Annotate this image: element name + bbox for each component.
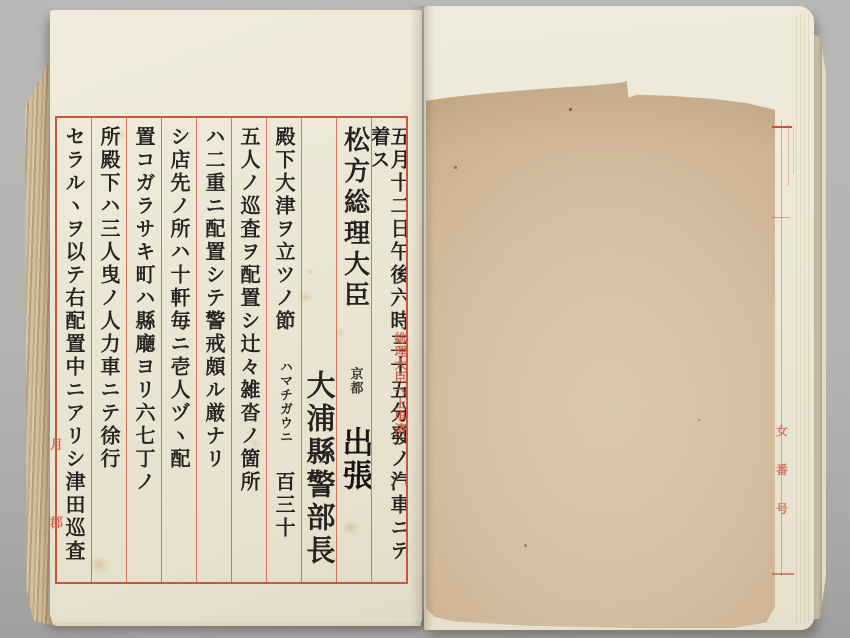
left-page: 五月十二日午後六時三十五分發ノ汽車ニテ着ス 松方総理大臣 京都 出張 大浦縣警部… <box>50 10 422 622</box>
column-4-head: 殿下大津ヲ立ツノ節 <box>272 126 296 333</box>
column-8-text: 置コガラサキ町ハ縣廰ヨリ六七丁ノ <box>134 118 154 582</box>
paper-stain <box>249 438 262 449</box>
red-margin-mark-2: 郡 <box>50 512 66 531</box>
text-column-3: 大浦縣警部長 <box>301 118 336 582</box>
paper-speck <box>454 166 457 169</box>
paper-stain <box>114 130 128 140</box>
paper-stain <box>334 328 345 338</box>
paper-speck <box>698 419 700 421</box>
text-column-7: シ店先ノ所ハ十軒毎ニ壱人ヅヽ配 <box>161 118 196 582</box>
paper-speck <box>524 544 527 547</box>
column-10-text: セラルヽヲ以テ右配置中ニアリシ津田巡査 <box>64 118 84 582</box>
paper-stain <box>296 290 314 304</box>
paper-speck <box>569 108 572 111</box>
column-4-text: 殿下大津ヲ立ツノ節 ハマチガウニ 百三十 <box>274 118 294 582</box>
edge-red-dash <box>772 573 794 575</box>
text-column-9: 所殿下ハ三人曳ノ人力車ニテ徐行 <box>91 118 126 582</box>
column-4-small: ハマチガウニ <box>277 360 292 444</box>
edge-red-marks: 女 番 号 <box>776 422 788 517</box>
column-6-text: ハ二重ニ配置シテ警戒頗ル厳ナリ <box>204 118 224 582</box>
edge-mark-3: 号 <box>776 500 788 517</box>
column-5-text: 五人ノ巡査ヲ配置シ辻々雑沓ノ箇所 <box>239 118 259 582</box>
edge-red-rule <box>788 124 789 186</box>
place-label-bold: 出張 <box>337 426 372 492</box>
pasted-attachment-sheet <box>426 72 775 628</box>
photo-open-manuscript-book: 五月十二日午後六時三十五分發ノ汽車ニテ着ス 松方総理大臣 京都 出張 大浦縣警部… <box>0 0 850 638</box>
paper-speck <box>576 82 580 86</box>
red-margin-annotation: 総理大臣ヘ上申済 <box>394 332 406 436</box>
addressee-text: 松方総理大臣 <box>340 126 370 312</box>
page-edge-lines <box>796 14 812 624</box>
column-7-text: シ店先ノ所ハ十軒毎ニ壱人ヅヽ配 <box>169 118 189 582</box>
edge-red-rule <box>793 124 794 174</box>
column-4-tail: 百三十 <box>272 471 296 540</box>
text-column-2: 松方総理大臣 京都 出張 <box>336 118 371 582</box>
place-label-small: 京都 <box>348 367 363 395</box>
edge-mark-1: 女 <box>776 422 788 439</box>
red-ruled-frame: 五月十二日午後六時三十五分發ノ汽車ニテ着ス 松方総理大臣 京都 出張 大浦縣警部… <box>55 116 408 584</box>
edge-mark-2: 番 <box>776 461 788 478</box>
column-9-text: 所殿下ハ三人曳ノ人力車ニテ徐行 <box>99 118 119 582</box>
red-margin-mark-1: 月 <box>50 434 66 453</box>
text-column-6: ハ二重ニ配置シテ警戒頗ル厳ナリ <box>196 118 231 582</box>
right-page: 女 番 号 <box>424 6 814 630</box>
text-column-5: 五人ノ巡査ヲ配置シ辻々雑沓ノ箇所 <box>231 118 266 582</box>
edge-red-dash <box>772 217 790 218</box>
paper-stain <box>342 520 359 535</box>
edge-red-dash <box>772 126 792 128</box>
text-column-4: 殿下大津ヲ立ツノ節 ハマチガウニ 百三十 <box>266 118 301 582</box>
sender-text: 大浦縣警部長 <box>305 118 334 582</box>
column-2-text: 松方総理大臣 京都 出張 <box>339 118 370 582</box>
text-column-8: 置コガラサキ町ハ縣廰ヨリ六七丁ノ <box>126 118 161 582</box>
paper-stain <box>306 268 314 276</box>
paper-stain <box>88 556 110 574</box>
